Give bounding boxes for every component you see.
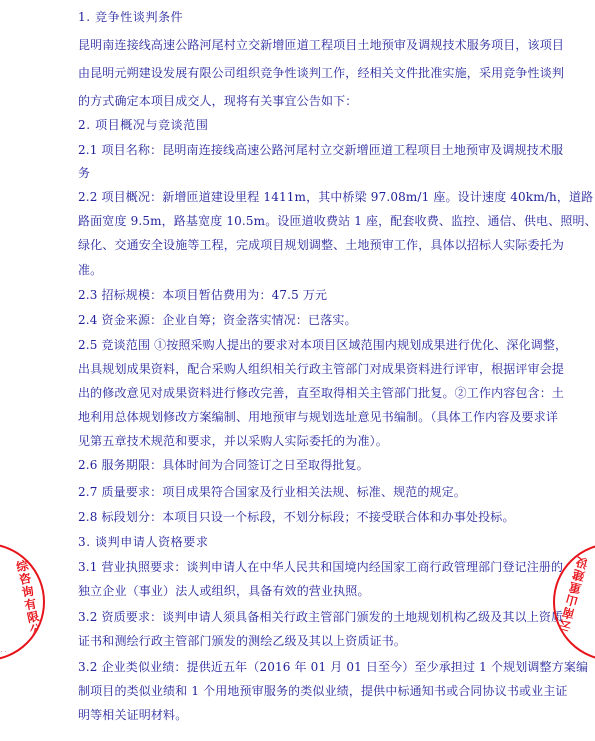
section-heading: 2. 项目概况与竞谈范围 — [78, 118, 523, 132]
paragraph-line: 2.2 项目概况：新增匝道建设里程 1411m，其中桥梁 97.08m/1 座。… — [78, 190, 523, 204]
document-page: 1. 竞争性谈判条件昆明南连接线高速公路河尾村立交新增匝道工程项目土地预审及调规… — [0, 0, 595, 741]
paragraph-line: 2.1 项目名称：昆明南连接线高速公路河尾村立交新增匝道工程项目土地预审及调规技… — [78, 143, 523, 157]
paragraph-line: 2.3 招标规模：本项目暂估费用为：47.5 万元 — [78, 288, 523, 302]
paragraph-line: 的方式确定本项目成交人，现将有关事宜公告如下： — [78, 94, 523, 108]
paragraph-line: 2.5 竞谈范围 ①按照采购人提出的要求对本项目区域范围内规划成果进行优化、深化… — [78, 338, 523, 352]
paragraph-line: 2.6 服务期限：具体时间为合同签订之日至取得批复。 — [78, 458, 523, 472]
paragraph-line: 昆明南连接线高速公路河尾村立交新增匝道工程项目土地预审及调规技术服务项目，该项目 — [78, 38, 523, 52]
paragraph-line: 出具规划成果资料，配合采购人组织相关行政主管部门对成果资料进行评审，根据评审会提 — [78, 362, 523, 376]
paragraph-line: 路面宽度 9.5m，路基宽度 10.5m。设匝道收费站 1 座，配套收费、监控、… — [78, 214, 523, 228]
paragraph-line: 由昆明元朔建设发展有限公司组织竞争性谈判工作，经相关文件批准实施，采用竞争性谈判 — [78, 66, 523, 80]
paragraph-line: 见第五章技术规范和要求，并以采购人实际委托的为准）。 — [78, 434, 523, 448]
company-seal-left: 综咨询有限公司 · · · · · — [0, 543, 45, 661]
paragraph-line: 2.8 标段划分：本项目只设一个标段，不划分标段；不接受联合体和办事处投标。 — [78, 510, 523, 524]
paragraph-line: 明等相关证明材料。 — [78, 708, 523, 722]
paragraph-line: 2.7 质量要求：项目成果符合国家及行业相关法规、标准、规范的规定。 — [78, 485, 523, 499]
paragraph-line: 独立企业（事业）法人或组织，具备有效的营业执照。 — [78, 584, 523, 598]
paragraph-line: 3.2 企业类似业绩：提供近五年（2016 年 01 月 01 日至今）至少承担… — [78, 660, 523, 674]
paragraph-line: 2.4 资金来源：企业自筹；资金落实情况：已落实。 — [78, 313, 523, 327]
paragraph-line: 出的修改意见对成果资料进行修改完善，直至取得相关主管部门批复。②工作内容包含：土 — [78, 386, 523, 400]
paragraph-line: 地利用总体规划修改方案编制、用地预审与规划选址意见书编制。（具体工作内容及要求详 — [78, 410, 523, 424]
seal-dots-left: · · · · · — [0, 649, 6, 656]
section-heading: 3. 谈判申请人资格要求 — [78, 535, 523, 549]
section-heading: 1. 竞争性谈判条件 — [78, 10, 523, 24]
paragraph-line: 准。 — [78, 263, 523, 277]
paragraph-line: 制项目的类似业绩和 1 个用地预审服务的类似业绩，提供中标通知书或合同协议书或业… — [78, 684, 523, 698]
paragraph-line: 3.1 营业执照要求：谈判申请人在中华人民共和国境内经国家工商行政管理部门登记注… — [78, 560, 523, 574]
paragraph-line: 绿化、交通安全设施等工程，完成项目规划调整、土地预审工作，具体以招标人实际委托为 — [78, 238, 523, 252]
paragraph-line: 3.2 资质要求：谈判申请人须具备相关行政主管部门颁发的土地规划机构乙级及其以上… — [78, 610, 523, 624]
seal-text-left: 综咨询有限公司 — [13, 558, 45, 651]
paragraph-line: 务 — [78, 166, 523, 180]
paragraph-line: 证书和测绘行政主管部门颁发的测绘乙级及其以上资质证书。 — [78, 634, 523, 648]
